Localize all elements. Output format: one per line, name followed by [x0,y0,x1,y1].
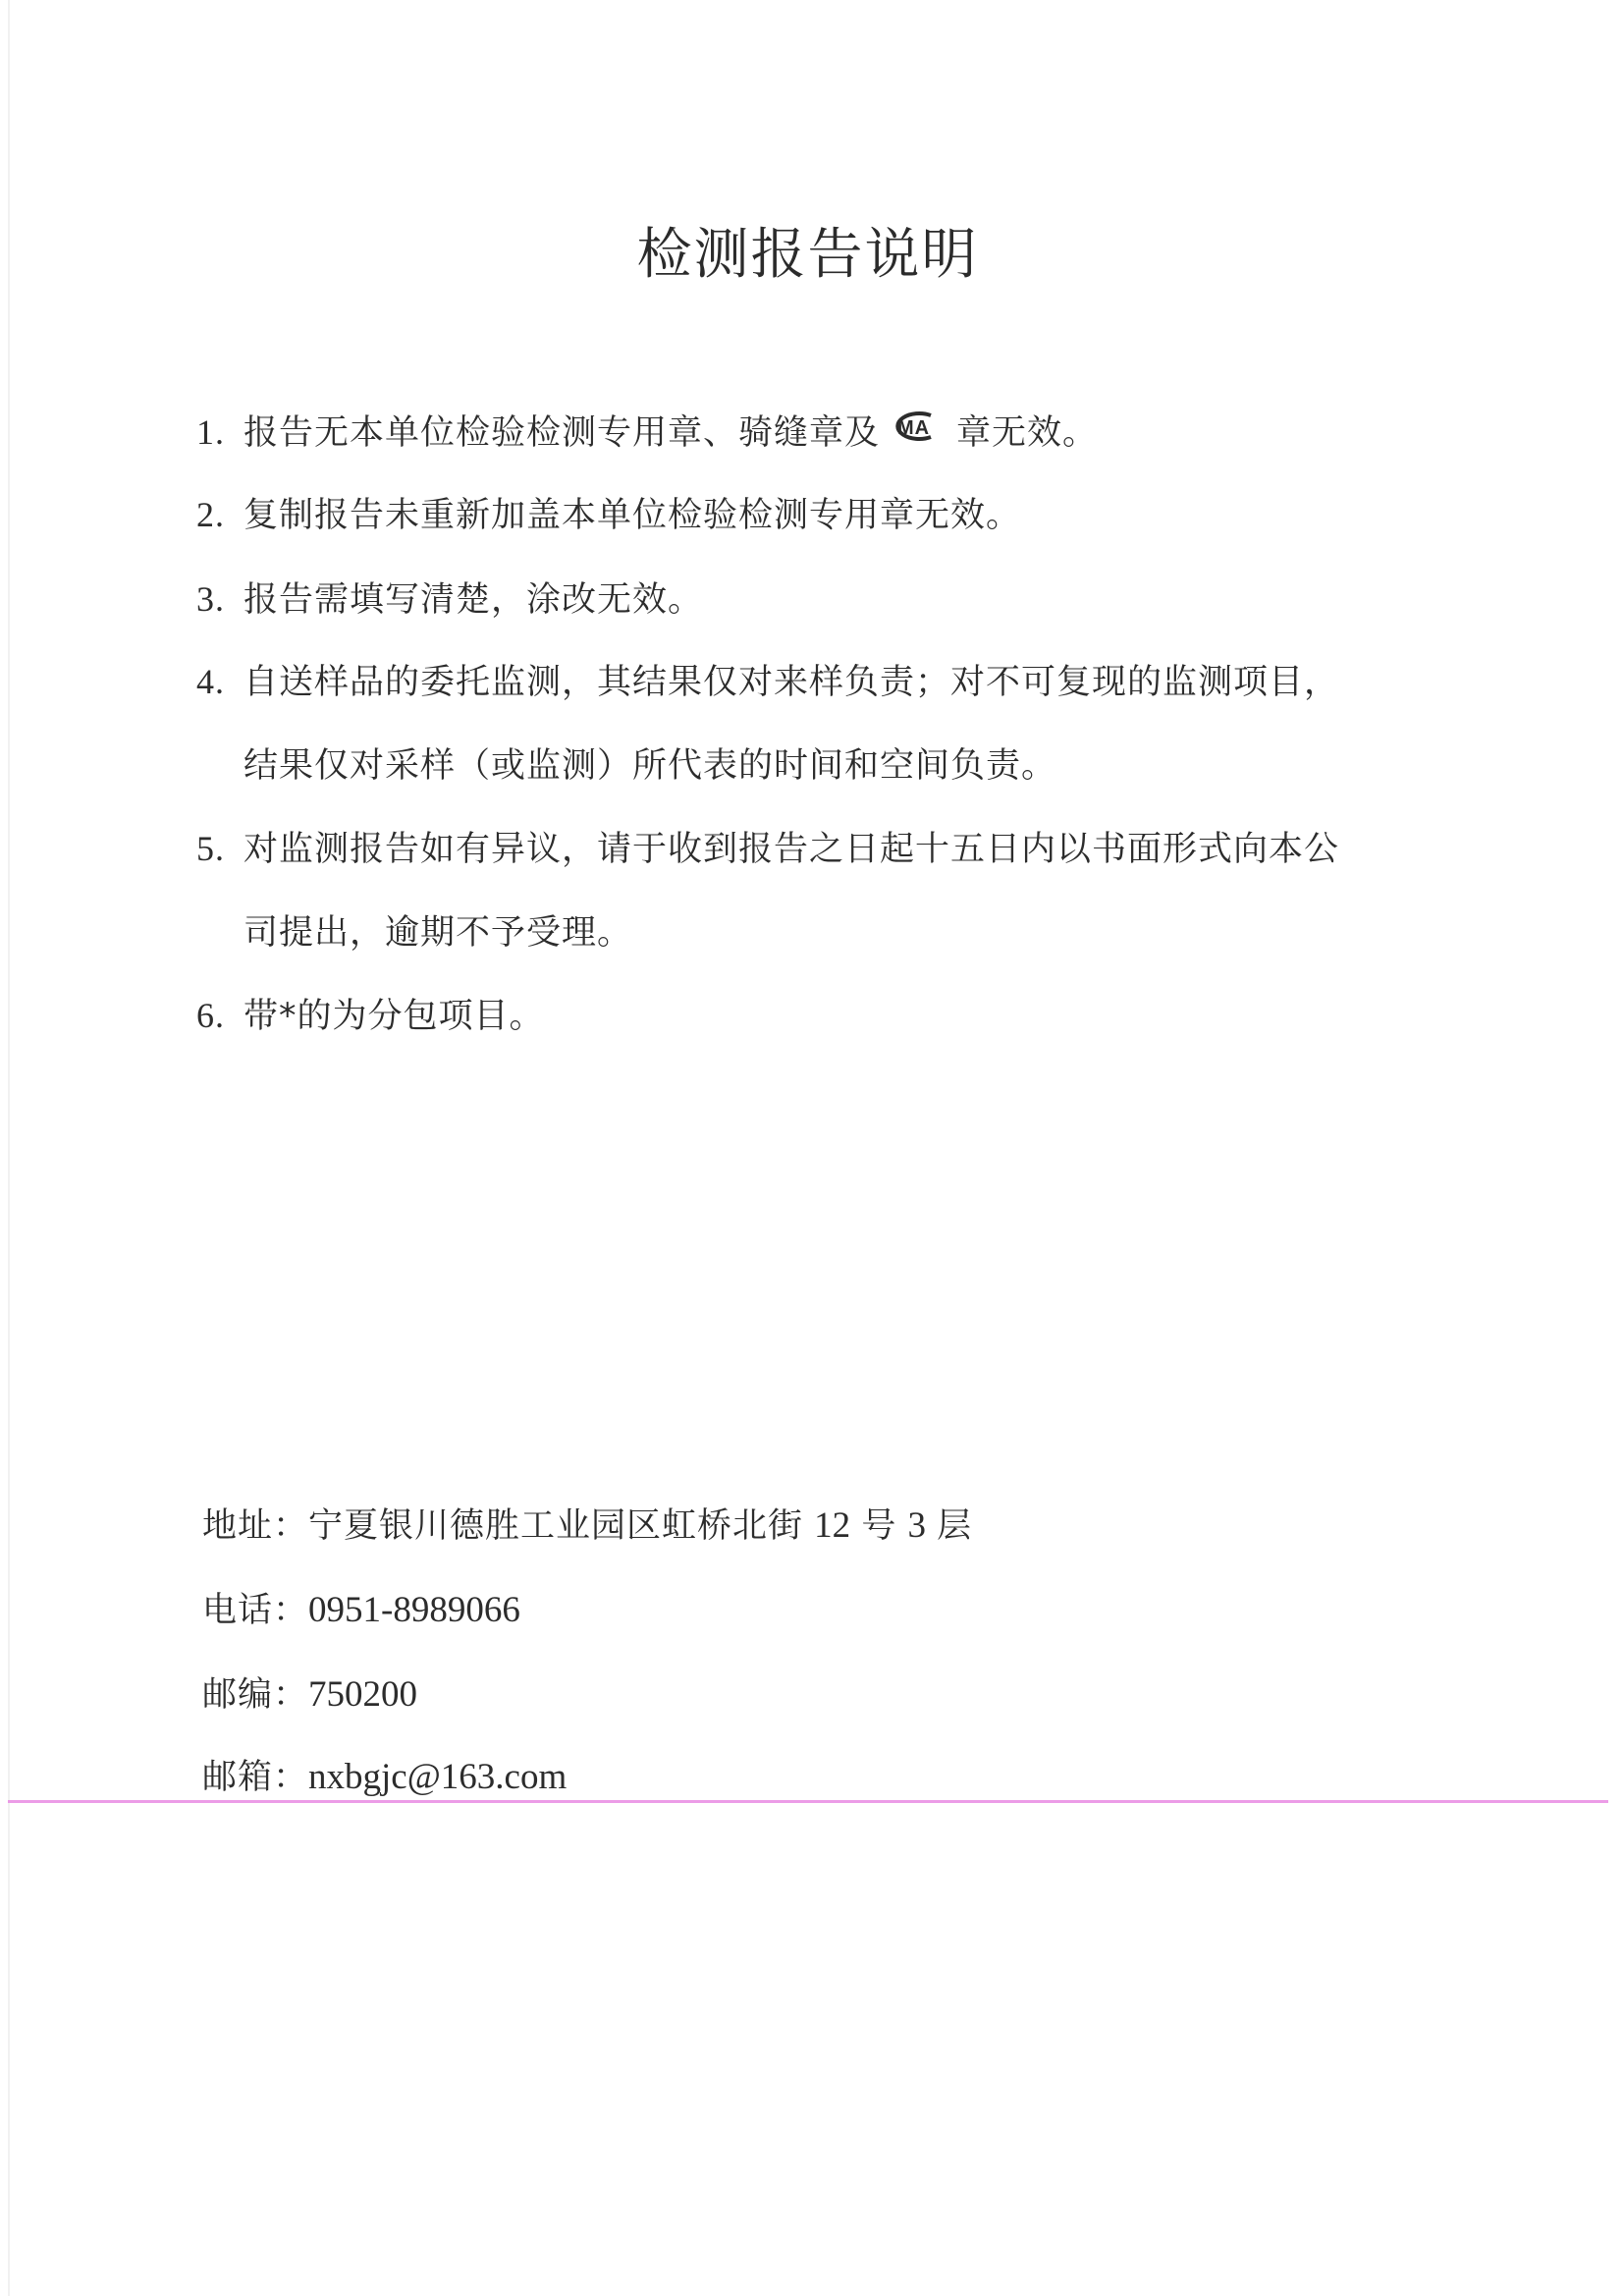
notice-item-6: 6.带*的为分包项目。 [196,994,545,1038]
postcode-label: 邮编： [202,1675,308,1715]
email-value: nxbgjc@163.com [308,1757,567,1797]
item-number: 1. [196,410,243,454]
item-number: 3. [196,577,243,621]
page-title: 检测报告说明 [0,224,1623,287]
footer-divider-line [8,1800,1608,1803]
notice-item-4-continuation: 结果仅对采样（或监测）所代表的时间和空间负责。 [243,744,1056,788]
item-text: 带*的为分包项目。 [243,997,545,1036]
notice-item-5-continuation: 司提出，逾期不予受理。 [243,911,632,955]
cma-certification-mark-icon: MA [888,410,943,454]
svg-text:MA: MA [897,417,930,439]
notice-item-4: 4.自送样品的委托监测，其结果仅对来样负责；对不可复现的监测项目， [196,660,1339,704]
item-number: 4. [196,660,243,703]
item-text: 复制报告未重新加盖本单位检验检测专用章无效。 [243,496,1021,535]
item-text: 报告需填写清楚，涂改无效。 [243,580,703,620]
notice-item-1: 1.报告无本单位检验检测专用章、骑缝章及MA章无效。 [196,410,1098,457]
notice-item-2: 2.复制报告未重新加盖本单位检验检测专用章无效。 [196,493,1021,537]
address-floor: 层 [937,1506,972,1546]
address-value: 宁夏银川德胜工业园区虹桥北街 [308,1506,803,1546]
page-title-text: 检测报告说明 [637,224,979,287]
phone-value: 0951-8989066 [308,1590,520,1630]
address-floor-number: 3 [907,1505,926,1546]
address-number: 12 [814,1505,850,1546]
item-text-end: 章无效。 [956,413,1098,453]
email-label: 邮箱： [202,1758,308,1797]
item-text: 对监测报告如有异议，请于收到报告之日起十五日内以书面形式向本公 [243,830,1339,869]
item-text: 报告无本单位检验检测专用章、骑缝章及 [243,413,880,453]
address-unit: 号 [861,1506,896,1546]
item-text: 自送样品的委托监测，其结果仅对来样负责；对不可复现的监测项目， [243,663,1339,702]
notice-item-3: 3.报告需填写清楚，涂改无效。 [196,577,703,622]
notice-item-5: 5.对监测报告如有异议，请于收到报告之日起十五日内以书面形式向本公 [196,827,1339,871]
postcode-value: 750200 [308,1674,417,1715]
contact-email: 邮箱：nxbgjc@163.com [202,1756,567,1799]
item-number: 5. [196,827,243,870]
scan-page-edge [8,0,10,2296]
item-number: 6. [196,994,243,1037]
contact-phone: 电话：0951-8989066 [202,1589,520,1632]
contact-address: 地址：宁夏银川德胜工业园区虹桥北街 12 号 3 层 [202,1504,972,1548]
phone-label: 电话： [202,1591,308,1630]
contact-postcode: 邮编：750200 [202,1673,417,1717]
address-label: 地址： [202,1506,308,1546]
item-number: 2. [196,493,243,536]
